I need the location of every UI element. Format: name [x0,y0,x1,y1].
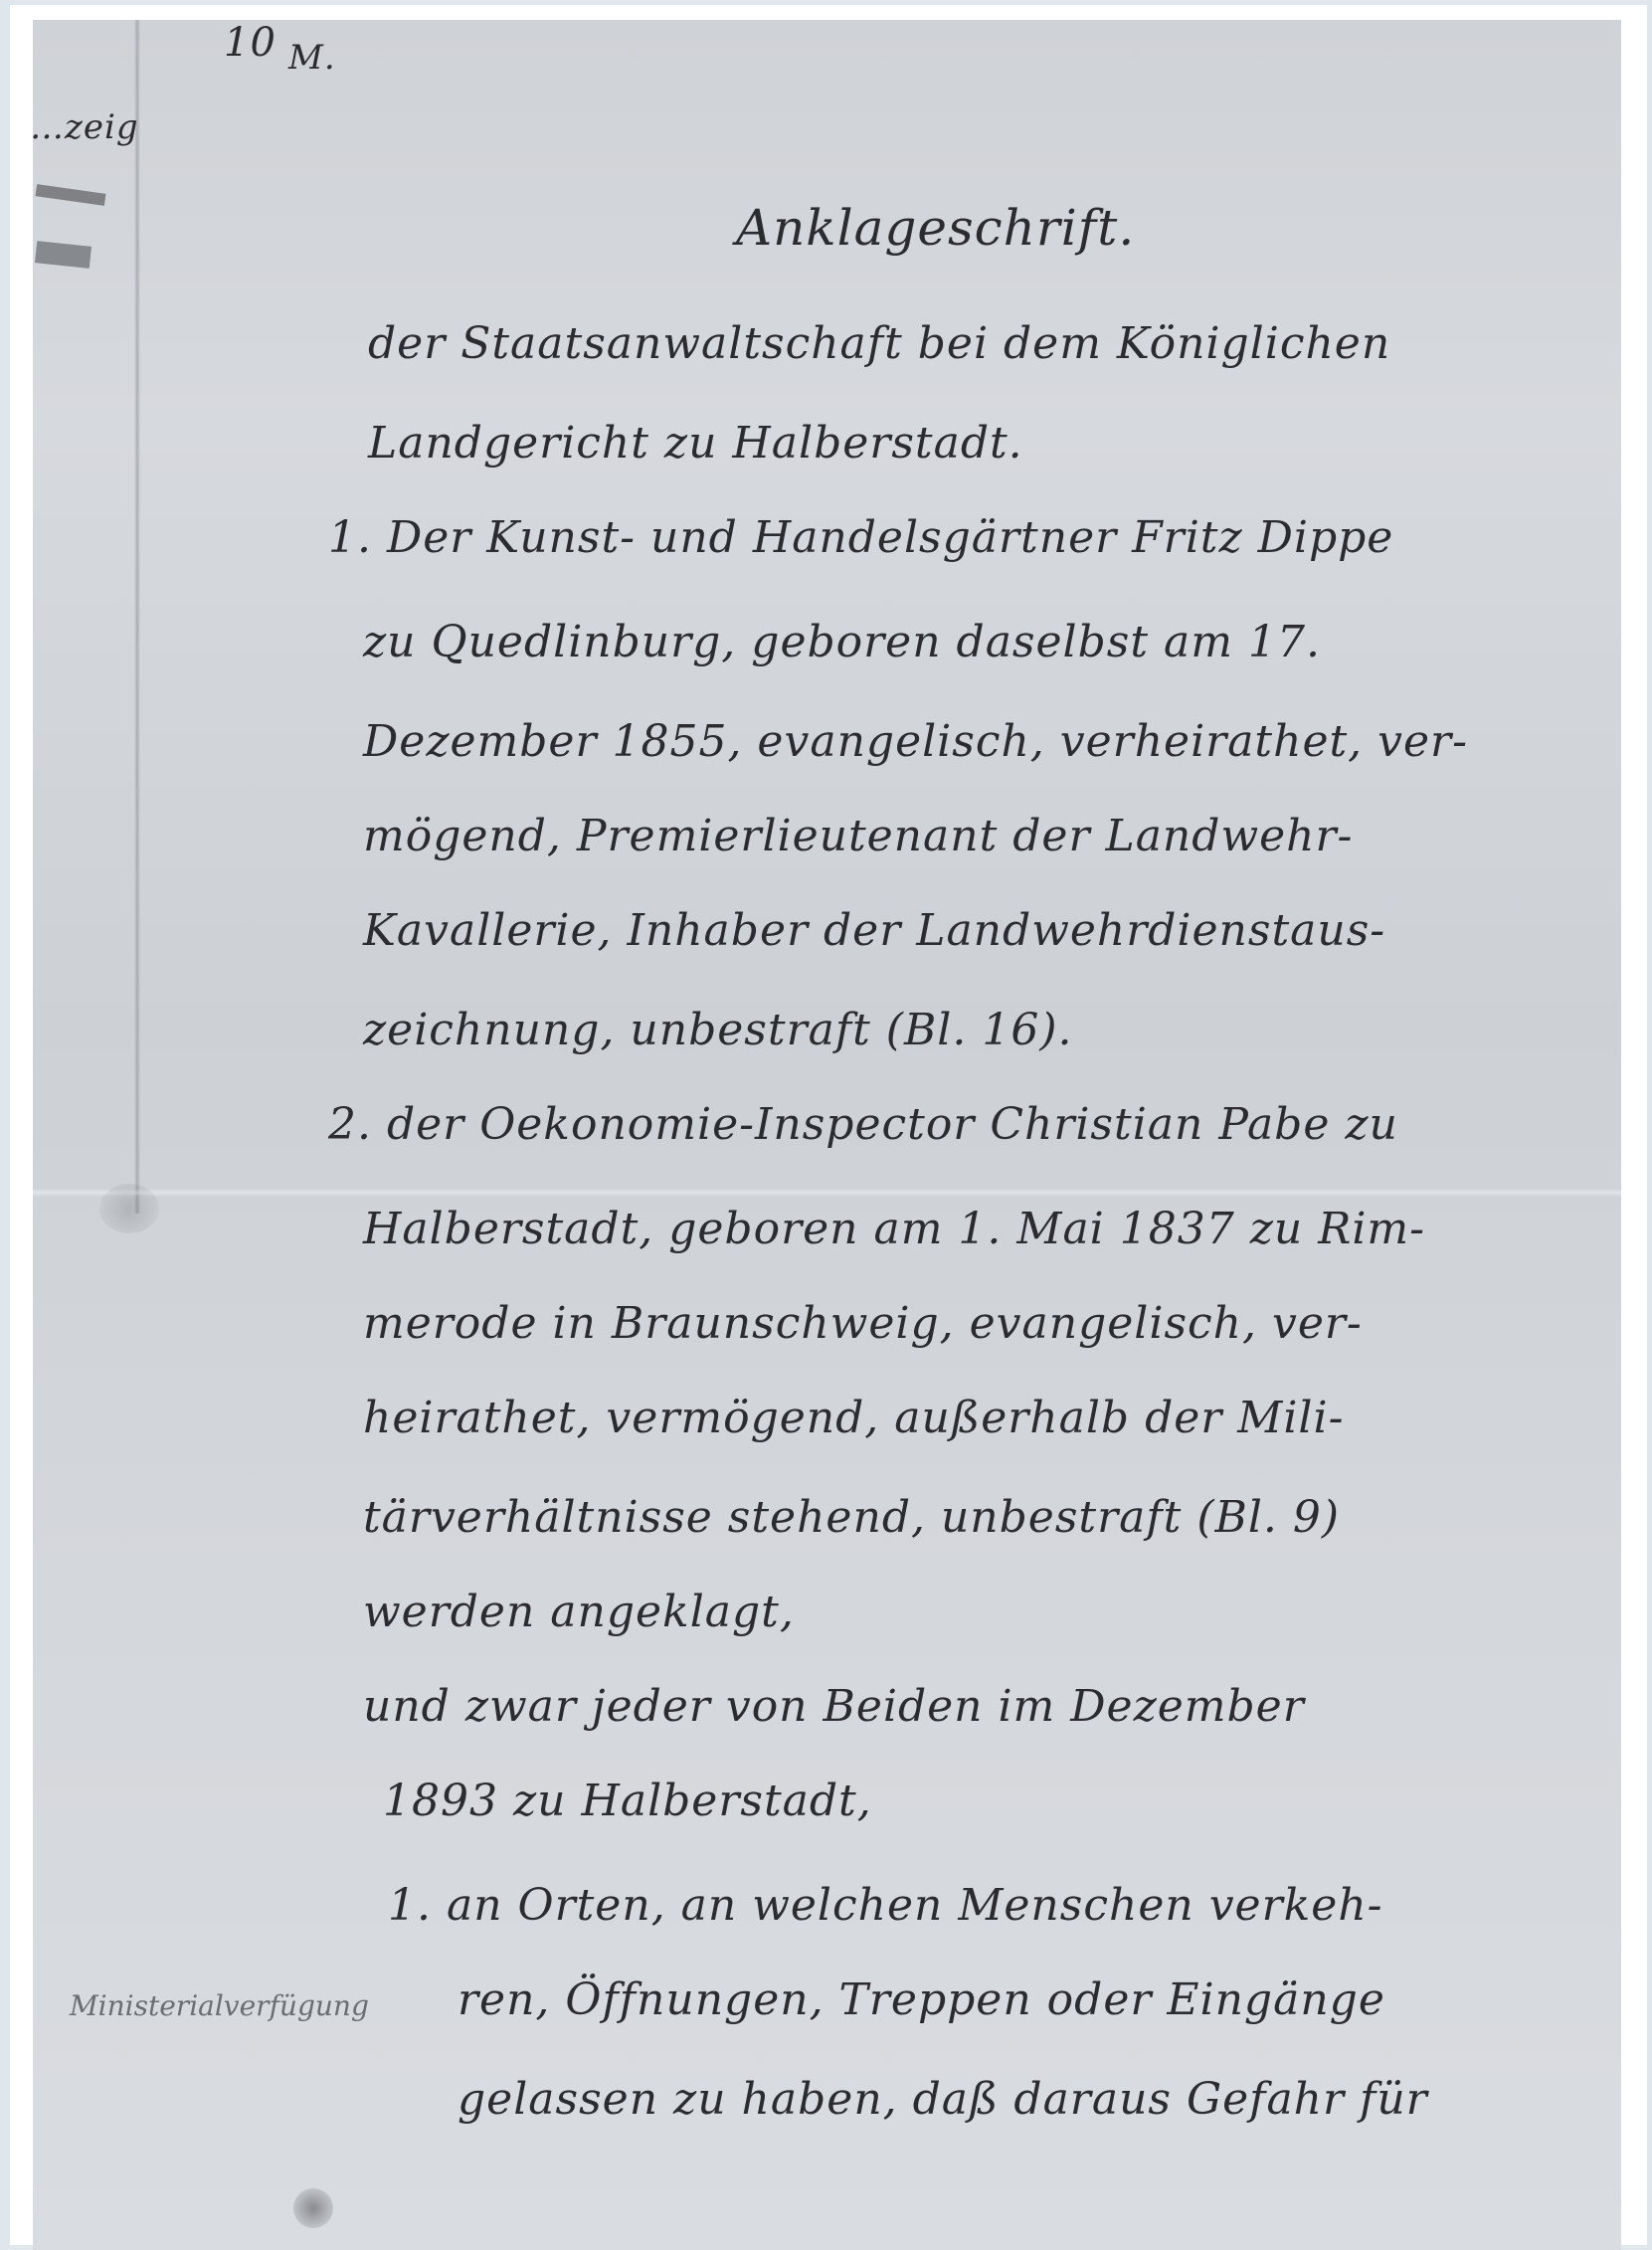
text-line: gelassen zu haben, daß daraus Gefahr für [458,2074,1428,2125]
text-line: 1. Der Kunst- und Handelsgärtner Fritz D… [328,512,1393,563]
text-line: 1893 zu Halberstadt, [383,1776,872,1826]
text-line: werden angeklagt, [363,1587,795,1637]
margin-note: Ministerialverfügung [70,1989,369,2022]
text-line: Halberstadt, geboren am 1. Mai 1837 zu R… [363,1204,1425,1254]
folio-number: 10 [224,20,276,66]
text-line: und zwar jeder von Beiden im Dezember [363,1681,1305,1732]
text-line: zeichnung, unbestraft (Bl. 16). [363,1005,1072,1055]
text-line: 2. der Oekonomie-Inspector Christian Pab… [328,1099,1398,1150]
text-line: mögend, Premierlieutenant der Landwehr- [363,811,1353,861]
left-edge-fragment: …zeig [30,107,139,147]
paper-fold-horizontal [33,1189,1621,1197]
text-line: heirathet, vermögend, außerhalb der Mili… [363,1393,1344,1443]
text-line: 1. an Orten, an welchen Menschen verkeh- [388,1880,1383,1931]
text-line: Kavallerie, Inhaber der Landwehrdienstau… [363,905,1385,956]
text-line: zu Quedlinburg, geboren daselbst am 17. [363,617,1321,667]
text-line: ren, Öffnungen, Treppen oder Eingänge [458,1974,1385,2025]
ink-stain [99,1184,159,1233]
document-title: Anklageschrift. [736,199,1135,257]
initial-mark: M. [288,38,336,78]
text-line: tärverhältnisse stehend, unbestraft (Bl.… [363,1492,1340,1543]
text-line: Dezember 1855, evangelisch, verheirathet… [363,716,1468,767]
ink-stain [293,2188,333,2228]
text-line: Landgericht zu Halberstadt. [368,418,1023,469]
text-line: merode in Braunschweig, evangelisch, ver… [363,1298,1363,1349]
paper-fold-vertical [134,20,140,1214]
text-line: der Staatsanwaltschaft bei dem Königlich… [368,318,1390,369]
